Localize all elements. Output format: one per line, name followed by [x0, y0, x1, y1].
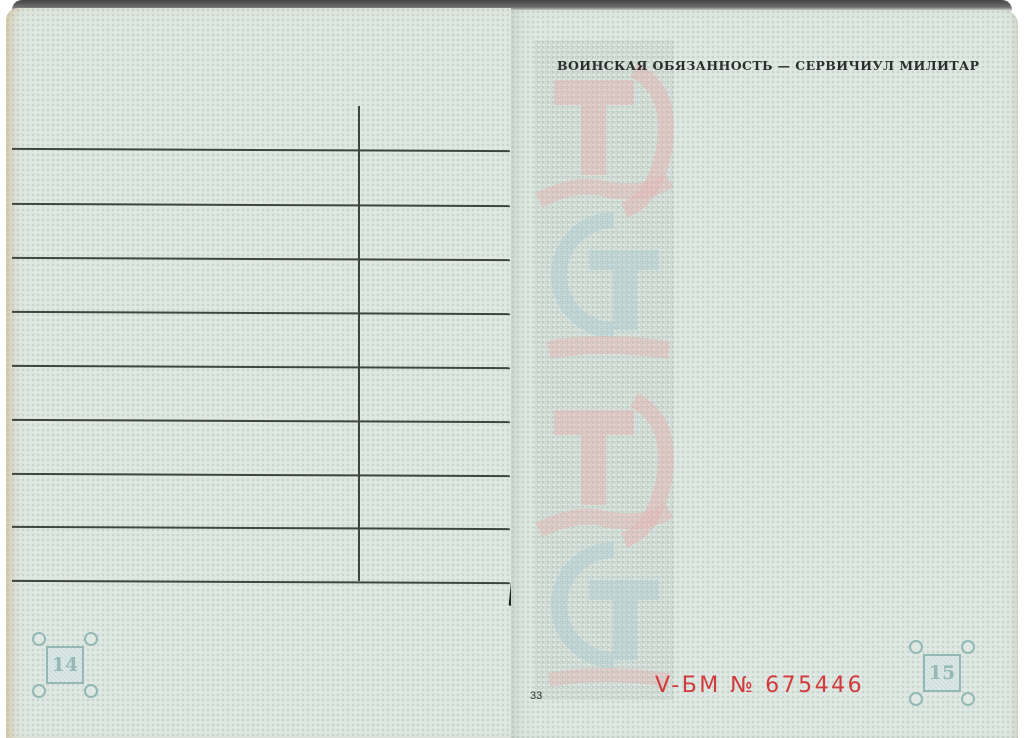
serial-number: V-БМ № 675446	[655, 673, 864, 698]
page-number-badge-right: 15	[915, 646, 969, 700]
table-column-divider	[358, 106, 360, 581]
page-number-badge-left: 14	[38, 638, 92, 692]
watermark-emblem-icon	[534, 40, 674, 700]
print-number: 33	[530, 690, 542, 702]
left-page	[6, 8, 511, 738]
section-header: ВОИНСКАЯ ОБЯЗАННОСТЬ — СЕРВИЧИУЛ МИЛИТАР	[557, 58, 979, 73]
passport-spread: 14 ВОИНСКАЯ ОБЯ	[0, 0, 1024, 738]
page-number-right: 15	[923, 654, 961, 692]
page-number-left: 14	[46, 646, 84, 684]
